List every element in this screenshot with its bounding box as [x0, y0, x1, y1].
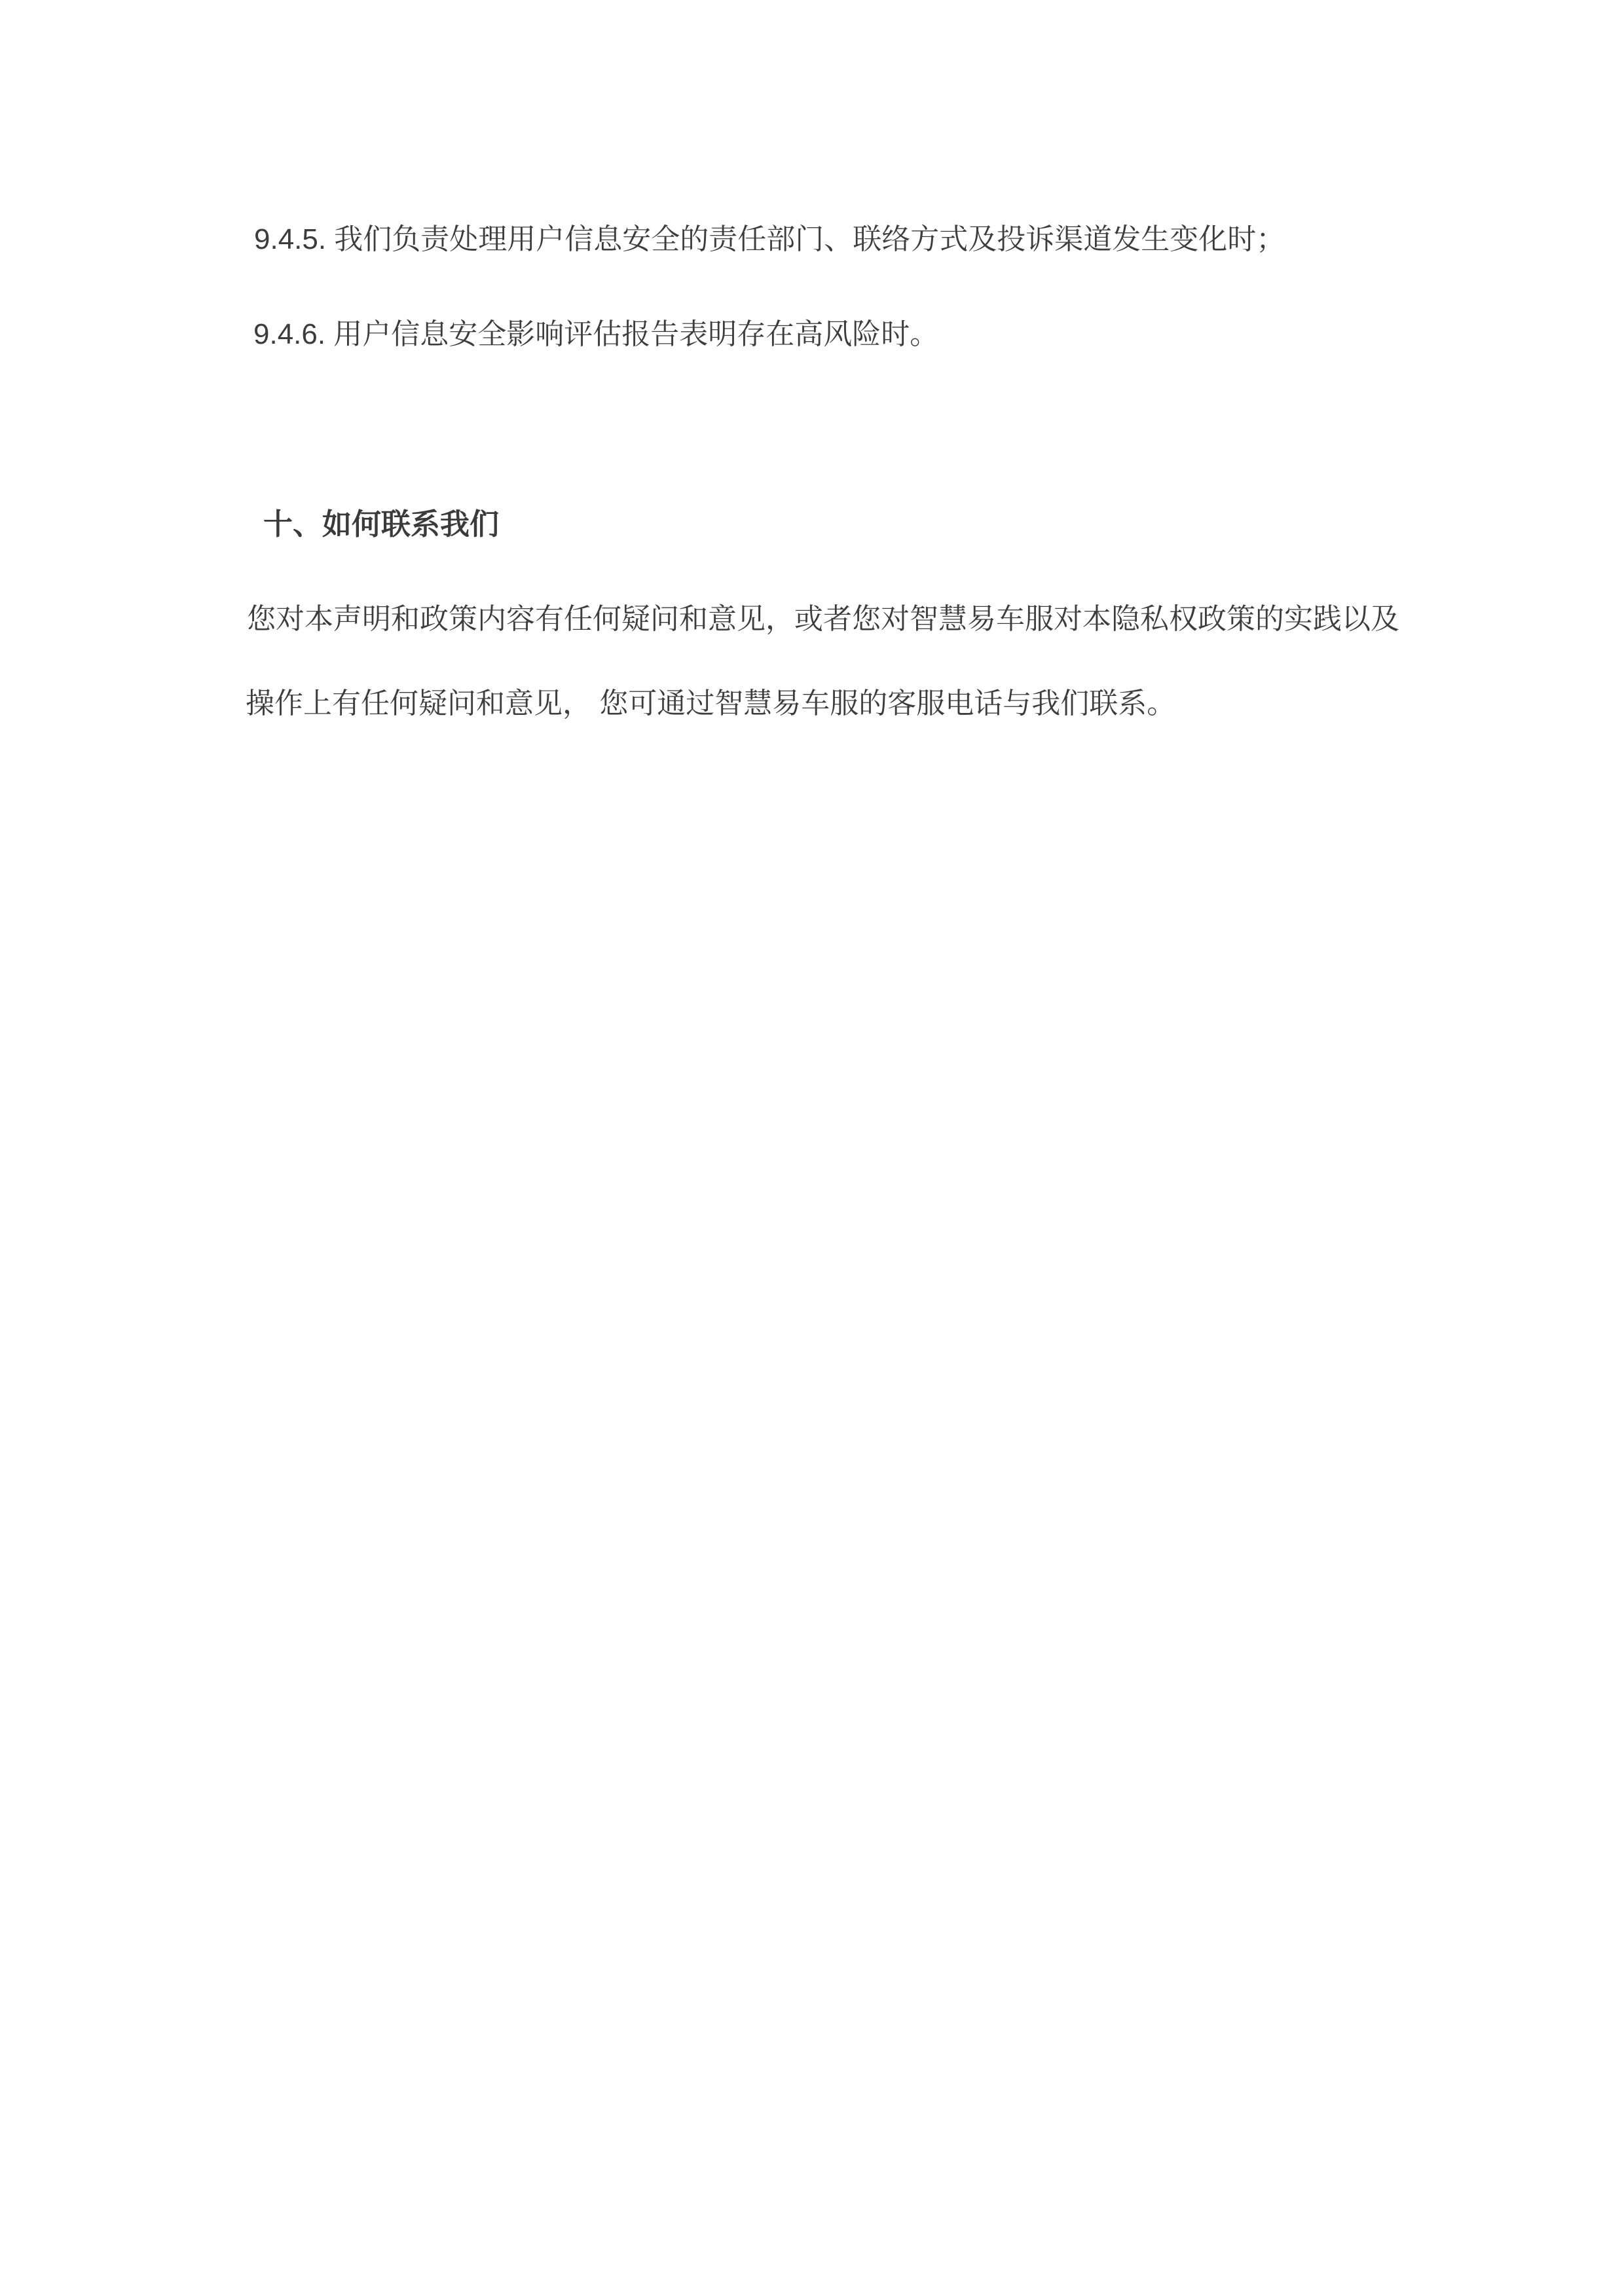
numbered-item-9-4-6: 9.4.6. 用户信息安全影响评估报告表明存在高风险时。	[253, 320, 938, 349]
paragraph-line-2: 操作上有任何疑问和意见， 您可通过智慧易车服的客服电话与我们联系。	[246, 689, 1175, 718]
numbered-item-9-4-5: 9.4.5. 我们负责处理用户信息安全的责任部门、联络方式及投诉渠道发生变化时；	[254, 225, 1285, 254]
paragraph-line-1: 您对本声明和政策内容有任何疑问和意见，或者您对智慧易车服对本隐私权政策的实践以及	[247, 605, 1399, 634]
section-heading-contact-us: 十、如何联系我们	[263, 509, 499, 539]
document-page: 9.4.5. 我们负责处理用户信息安全的责任部门、联络方式及投诉渠道发生变化时；…	[0, 0, 1624, 2296]
